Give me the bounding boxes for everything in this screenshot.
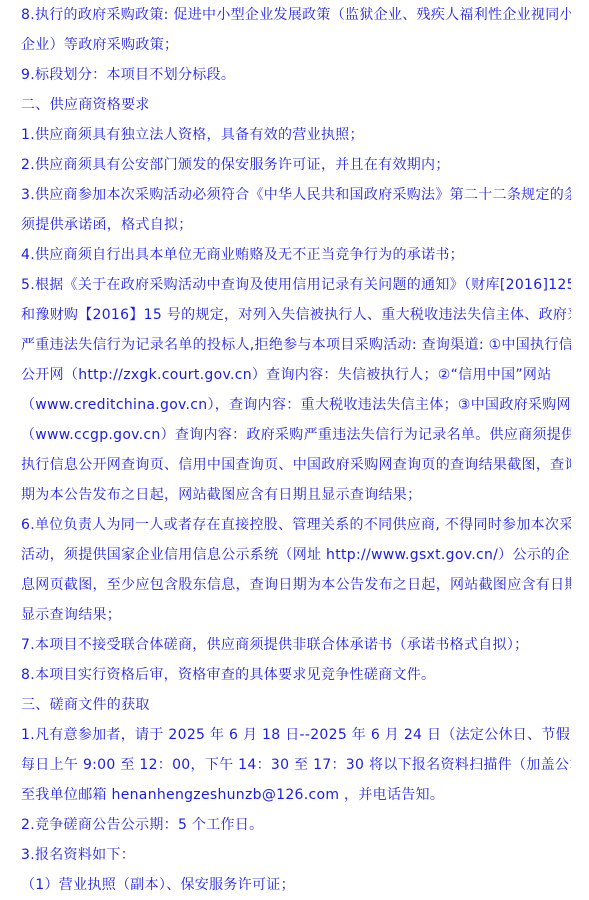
doc-line: 2.供应商须具有公安部门颁发的保安服务许可证，并且在有效期内；	[21, 150, 571, 180]
doc-line: 8.执行的政府采购政策: 促进中小型企业发展政策（监狱企业、残疾人福利性企业视同…	[21, 0, 571, 30]
doc-line: 执行信息公开网查询页、信用中国查询页、中国政府采购网查询页的查询结果截图，查询日	[21, 450, 571, 480]
doc-line: 每日上午 9:00 至 12：00，下午 14：30 至 17：30 将以下报名…	[21, 750, 571, 780]
doc-line: 和豫财购【2016】15 号的规定，对列入失信被执行人、重大税收违法失信主体、政…	[21, 300, 571, 330]
doc-line: （www.creditchina.gov.cn），查询内容：重大税收违法失信主体…	[21, 390, 571, 420]
doc-line: 9.标段划分：本项目不划分标段。	[21, 60, 571, 90]
doc-line: 4.供应商须自行出具本单位无商业贿赂及无不正当竞争行为的承诺书；	[21, 240, 571, 270]
doc-line: 严重违法失信行为记录名单的投标人,拒绝参与本项目采购活动: 查询渠道: ①中国执…	[21, 330, 571, 360]
doc-line: 7.本项目不接受联合体磋商，供应商须提供非联合体承诺书（承诺书格式自拟）；	[21, 630, 571, 660]
doc-line: 6.单位负责人为同一人或者存在直接控股、管理关系的不同供应商, 不得同时参加本次…	[21, 510, 571, 540]
doc-line: 2.竞争磋商公告公示期：5 个工作日。	[21, 810, 571, 840]
section-heading-supplier-qualifications: 二、供应商资格要求	[21, 90, 571, 120]
doc-line: 活动，须提供国家企业信用信息公示系统（网址 http://www.gsxt.go…	[21, 540, 571, 570]
doc-line: 5.根据《关于在政府采购活动中查询及使用信用记录有关问题的通知》（财库[2016…	[21, 270, 571, 300]
doc-line: 1.凡有意参加者，请于 2025 年 6 月 18 日--2025 年 6 月 …	[21, 720, 571, 750]
document-body: 8.执行的政府采购政策: 促进中小型企业发展政策（监狱企业、残疾人福利性企业视同…	[0, 0, 589, 900]
doc-line: （www.ccgp.gov.cn）查询内容：政府采购严重违法失信行为记录名单。供…	[21, 420, 571, 450]
doc-line: 显示查询结果；	[21, 600, 571, 630]
doc-line: 企业）等政府采购政策；	[21, 30, 571, 60]
doc-line: 3.报名资料如下：	[21, 840, 571, 870]
doc-line-email: 至我单位邮箱 henanhengzeshunzb@126.com ，并电话告知。	[21, 780, 571, 810]
doc-line: 公开网（http://zxgk.court.gov.cn）查询内容：失信被执行人…	[21, 360, 571, 390]
doc-line: 期为本公告发布之日起，网站截图应含有日期且显示查询结果；	[21, 480, 571, 510]
doc-line: （1）营业执照（副本）、保安服务许可证；	[21, 870, 571, 900]
doc-line: 8.本项目实行资格后审，资格审查的具体要求见竞争性磋商文件。	[21, 660, 571, 690]
doc-line: 息网页截图，至少应包含股东信息，查询日期为本公告发布之日起，网站截图应含有日期且	[21, 570, 571, 600]
doc-line: 1.供应商须具有独立法人资格，具备有效的营业执照；	[21, 120, 571, 150]
section-heading-document-acquisition: 三、磋商文件的获取	[21, 690, 571, 720]
doc-line: 3.供应商参加本次采购活动必须符合《中华人民共和国政府采购法》第二十二条规定的条…	[21, 180, 571, 210]
doc-line: 须提供承诺函，格式自拟；	[21, 210, 571, 240]
